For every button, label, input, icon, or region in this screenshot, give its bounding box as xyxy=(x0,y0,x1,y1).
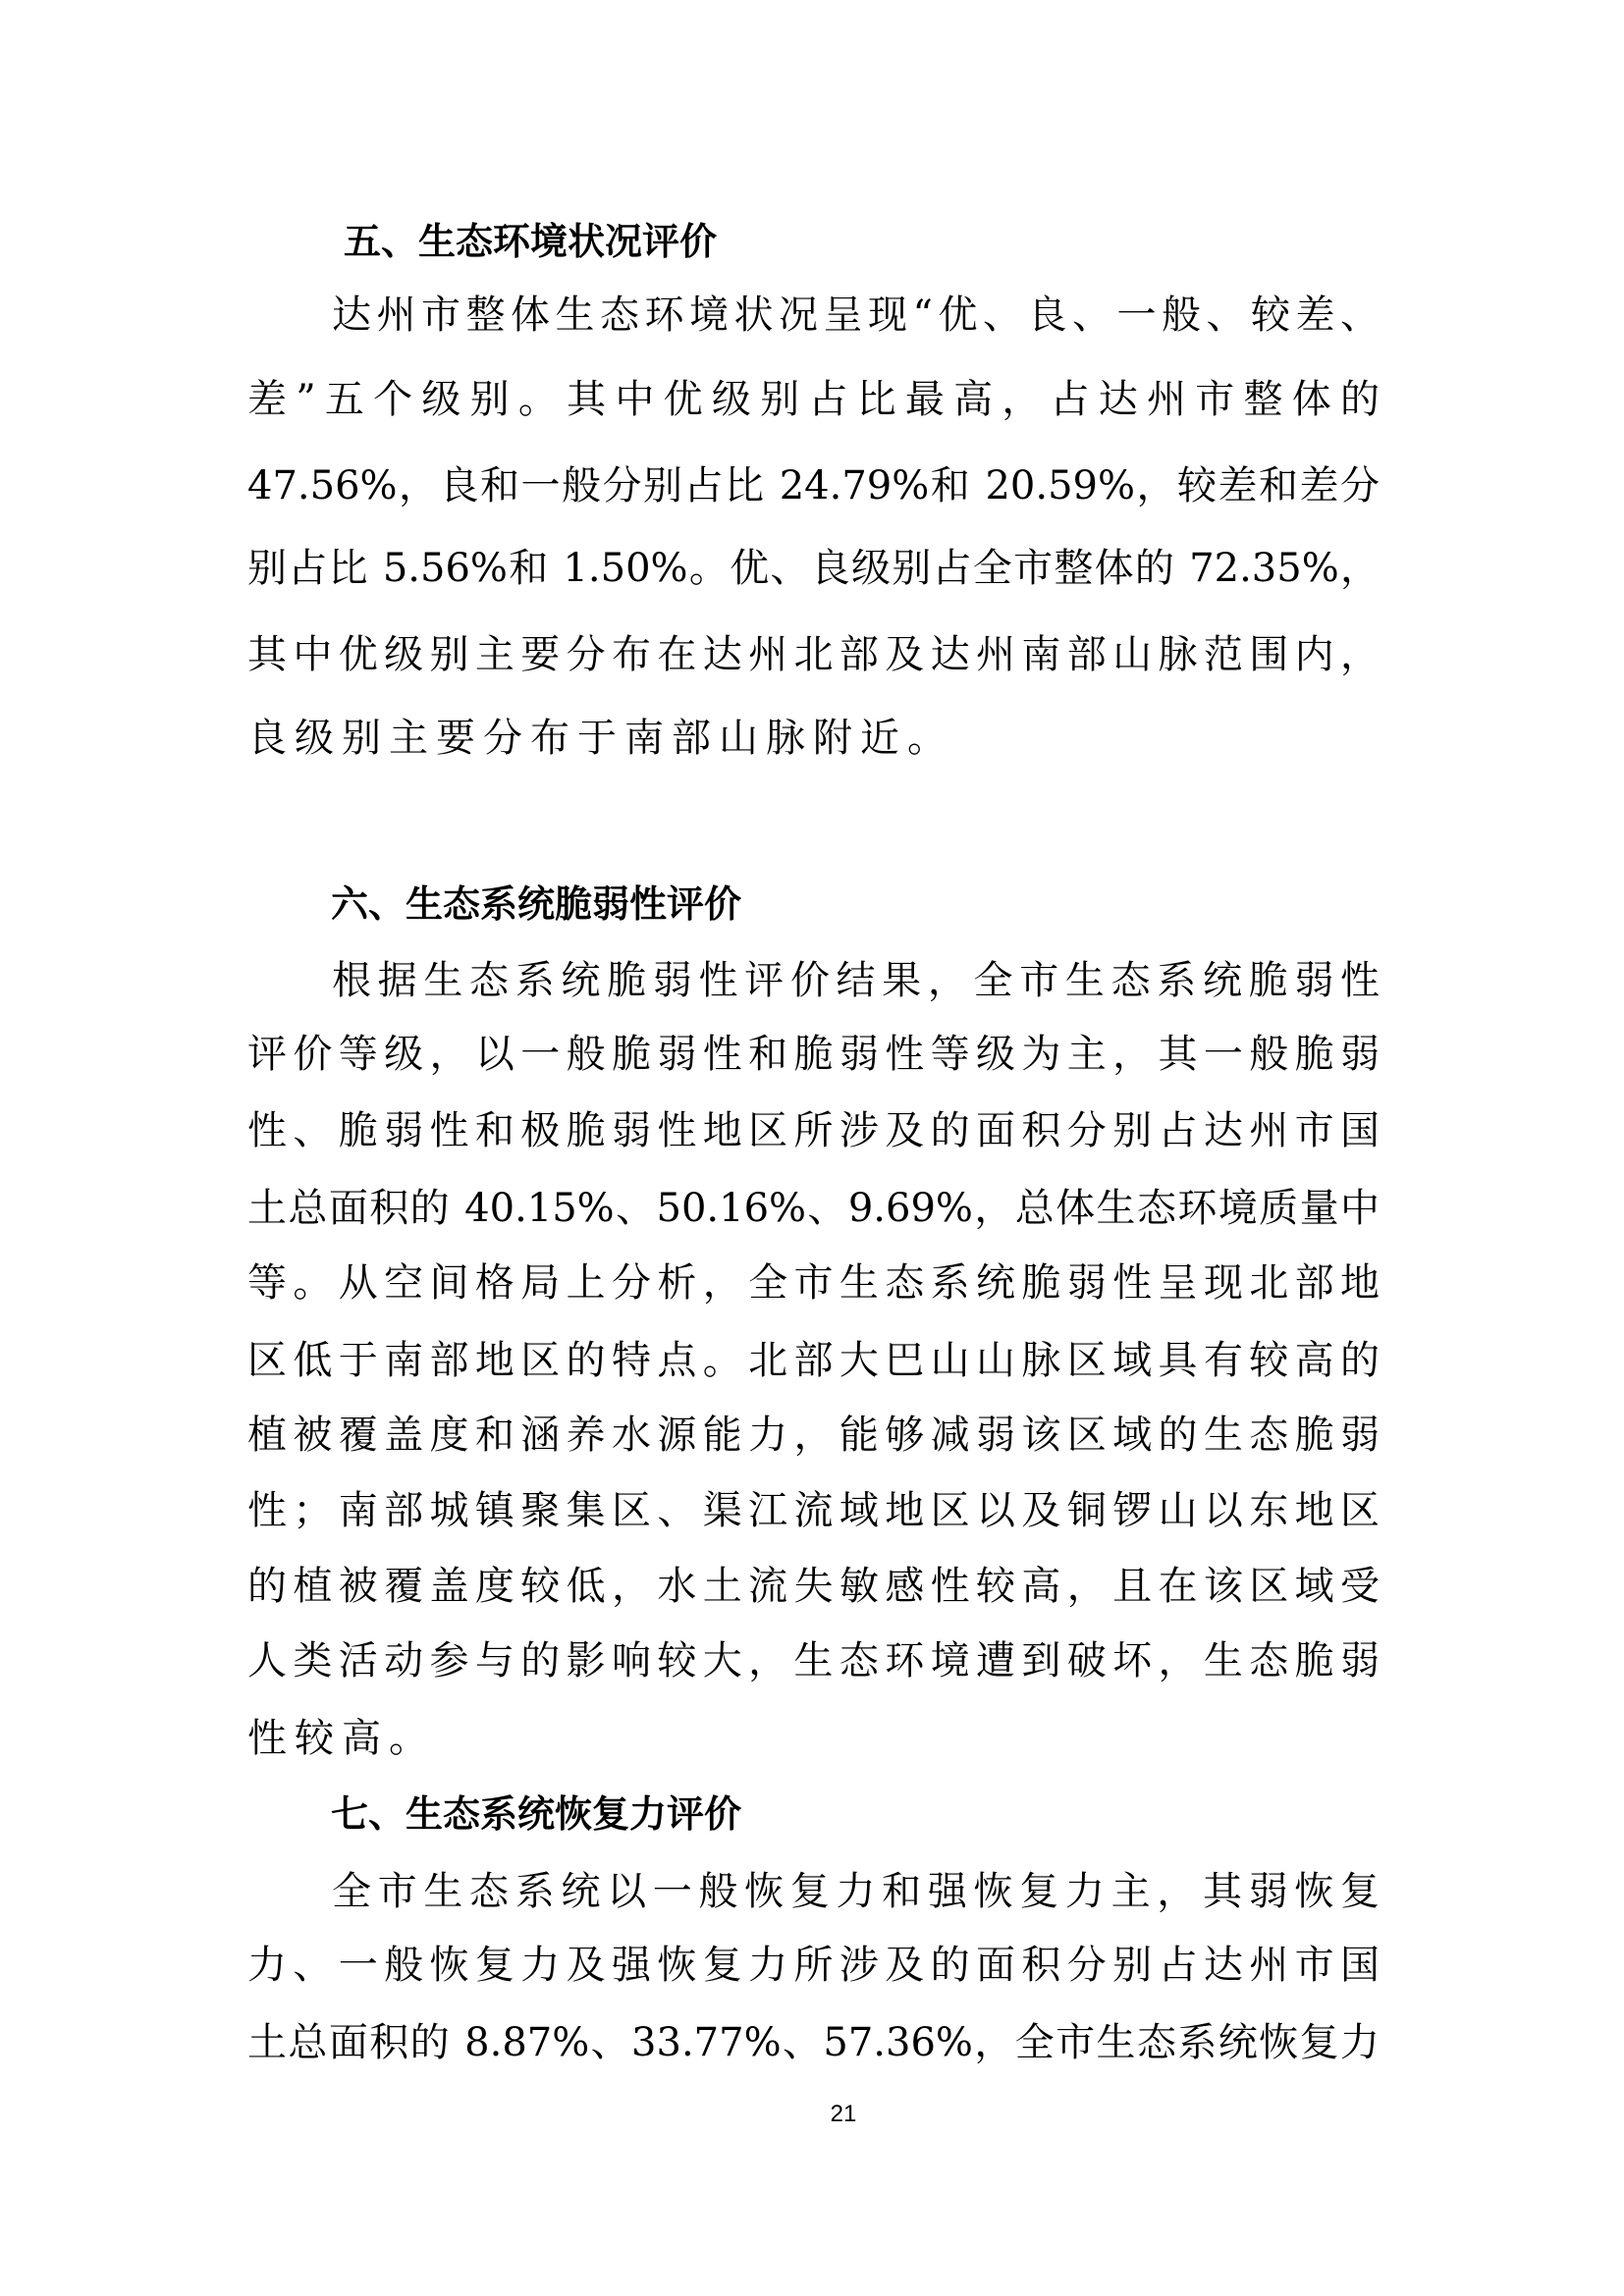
paragraph-line: 良级别主要分布于南部山脉附近。 xyxy=(247,714,1380,763)
paragraph-line: 植被覆盖度和涵养水源能力，能够减弱该区域的生态脆弱 xyxy=(247,1411,1380,1460)
paragraph-line: 其中优级别主要分布在达州北部及达州南部山脉范围内， xyxy=(247,630,1380,679)
paragraph-line: 等。从空间格局上分析，全市生态系统脆弱性呈现北部地 xyxy=(247,1258,1380,1308)
paragraph-line: 达州市整体生态环境状况呈现“优、良、一般、较差、 xyxy=(332,291,1380,340)
paragraph-line: 土总面积的 40.15%、50.16%、9.69%，总体生态环境质量中 xyxy=(247,1184,1380,1233)
page-number: 21 xyxy=(823,2101,864,2128)
paragraph-line: 差”五个级别。其中优级别占比最高，占达州市整体的 xyxy=(247,375,1380,424)
section-heading-ecological-environment-status: 五、生态环境状况评价 xyxy=(344,218,717,265)
paragraph-line: 区低于南部地区的特点。北部大巴山山脉区域具有较高的 xyxy=(247,1336,1380,1385)
section-heading-ecosystem-resilience: 七、生态系统恢复力评价 xyxy=(331,1790,741,1838)
paragraph-line: 根据生态系统脆弱性评价结果，全市生态系统脆弱性 xyxy=(332,956,1380,1005)
paragraph-line: 的植被覆盖度较低，水土流失敏感性较高，且在该区域受 xyxy=(247,1562,1380,1611)
paragraph-line: 评价等级，以一般脆弱性和脆弱性等级为主，其一般脆弱 xyxy=(247,1030,1380,1079)
paragraph-line: 全市生态系统以一般恢复力和强恢复力主，其弱恢复 xyxy=(332,1867,1380,1916)
paragraph-line: 性较高。 xyxy=(247,1714,1380,1763)
paragraph-line: 性；南部城镇聚集区、渠江流域地区以及铜锣山以东地区 xyxy=(247,1486,1380,1535)
paragraph-line: 别占比 5.56%和 1.50%。优、良级别占全市整体的 72.35%， xyxy=(247,544,1380,593)
paragraph-line: 力、一般恢复力及强恢复力所涉及的面积分别占达州市国 xyxy=(247,1941,1380,1990)
paragraph-line: 人类活动参与的影响较大，生态环境遭到破坏，生态脆弱 xyxy=(247,1636,1380,1685)
paragraph-line: 土总面积的 8.87%、33.77%、57.36%，全市生态系统恢复力 xyxy=(247,2018,1380,2067)
paragraph-line: 性、脆弱性和极脆弱性地区所涉及的面积分别占达州市国 xyxy=(247,1106,1380,1155)
document-page: 五、生态环境状况评价 达州市整体生态环境状况呈现“优、良、一般、较差、 差”五个… xyxy=(0,0,1624,2296)
section-heading-ecosystem-vulnerability: 六、生态系统脆弱性评价 xyxy=(331,881,741,928)
paragraph-line: 47.56%，良和一般分别占比 24.79%和 20.59%，较差和差分 xyxy=(247,461,1380,510)
